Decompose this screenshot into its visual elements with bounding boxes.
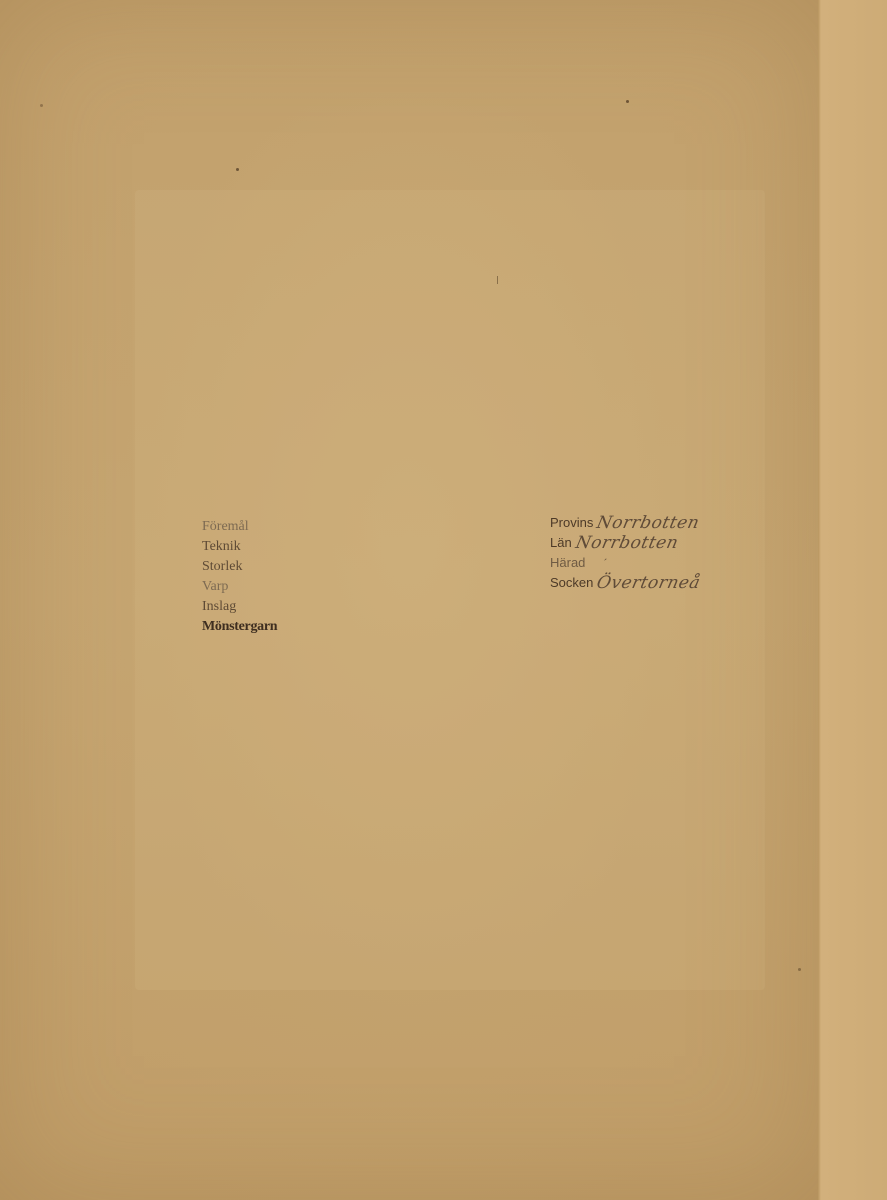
label-provins: Provins [550, 513, 593, 533]
label-inslag: Inslag [202, 597, 277, 617]
label-lan: Län [550, 533, 572, 553]
label-harad: Härad [550, 553, 585, 573]
label-foremal: Föremål [202, 517, 277, 537]
field-socken: Socken Övertorneå [550, 573, 700, 593]
value-harad-tick: ˊ [603, 553, 607, 573]
document-card: Föremål Teknik Storlek Varp Inslag Mönst… [0, 0, 818, 1200]
label-varp: Varp [202, 577, 277, 597]
paper-speck [626, 100, 629, 103]
paper-speck [236, 168, 239, 171]
label-storlek: Storlek [202, 557, 277, 577]
card-edge-strip [818, 0, 887, 1200]
label-monstergarn: Mönstergarn [202, 617, 277, 637]
label-teknik: Teknik [202, 537, 277, 557]
value-lan: Norrbotten [574, 533, 680, 553]
value-provins: Norrbotten [595, 513, 701, 533]
paper-speck [40, 104, 43, 107]
field-provins: Provins Norrbotten [550, 513, 700, 533]
field-harad: Härad ˊ [550, 553, 700, 573]
field-lan: Län Norrbotten [550, 533, 700, 553]
value-socken: Övertorneå [595, 573, 702, 593]
label-socken: Socken [550, 573, 593, 593]
item-description-labels: Föremål Teknik Storlek Varp Inslag Mönst… [202, 517, 277, 637]
paper-speck [798, 968, 801, 971]
location-fields: Provins Norrbotten Län Norrbotten Härad … [550, 513, 700, 593]
paper-speck [497, 276, 498, 284]
